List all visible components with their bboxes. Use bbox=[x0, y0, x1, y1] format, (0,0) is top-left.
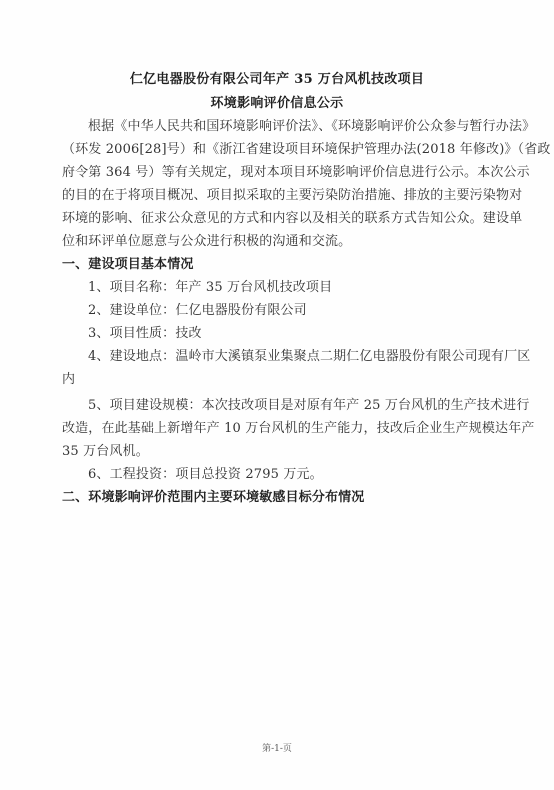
document-subtitle: 环境影响评价信息公示 bbox=[0, 92, 554, 111]
page-number: 第-1-页 bbox=[0, 741, 554, 754]
list-item-construction-scale: 5、项目建设规模：本次技改项目是对原有年产 25 万台风机的生产技术进行 bbox=[88, 398, 500, 414]
section-heading-sensitive-targets: 二、环境影响评价范围内主要环境敏感目标分布情况 bbox=[62, 490, 474, 506]
document-title: 仁亿电器股份有限公司年产 35 万台风机技改项目 bbox=[0, 68, 554, 87]
list-item-construction-unit: 2、建设单位：仁亿电器股份有限公司 bbox=[88, 303, 500, 319]
intro-paragraph-line: 环境的影响、征求公众意见的方式和内容以及相关的联系方式告知公众。建设单 bbox=[62, 211, 474, 227]
section-heading-basic-info: 一、建设项目基本情况 bbox=[62, 257, 474, 273]
list-item-construction-scale-cont: 改造，在此基础上新增年产 10 万台风机的生产能力，技改后企业生产规模达年产 bbox=[62, 421, 474, 437]
intro-paragraph-line: 根据《中华人民共和国环境影响评价法》、《环境影响评价公众参与暂行办法》 bbox=[88, 119, 500, 135]
intro-paragraph-line: 位和环评单位愿意与公众进行积极的沟通和交流。 bbox=[62, 234, 474, 250]
intro-paragraph-line: 的目的在于将项目概况、项目拟采取的主要污染防治措施、排放的主要污染物对 bbox=[62, 188, 474, 204]
list-item-construction-site-cont: 内 bbox=[62, 372, 474, 388]
intro-paragraph-line: 府令第 364 号）等有关规定，现对本项目环境影响评价信息进行公示。本次公示 bbox=[62, 165, 474, 181]
list-item-project-name: 1、项目名称：年产 35 万台风机技改项目 bbox=[88, 280, 500, 296]
intro-paragraph-line: （环发 2006[28]号）和《浙江省建设项目环境保护管理办法(2018 年修改… bbox=[62, 142, 474, 158]
list-item-project-nature: 3、项目性质：技改 bbox=[88, 326, 500, 342]
document-page: 仁亿电器股份有限公司年产 35 万台风机技改项目 环境影响评价信息公示 根据《中… bbox=[0, 0, 554, 790]
list-item-investment: 6、工程投资：项目总投资 2795 万元。 bbox=[88, 467, 500, 483]
list-item-construction-scale-cont: 35 万台风机。 bbox=[62, 444, 474, 460]
list-item-construction-site: 4、建设地点：温岭市大溪镇泵业集聚点二期仁亿电器股份有限公司现有厂区 bbox=[88, 349, 500, 365]
